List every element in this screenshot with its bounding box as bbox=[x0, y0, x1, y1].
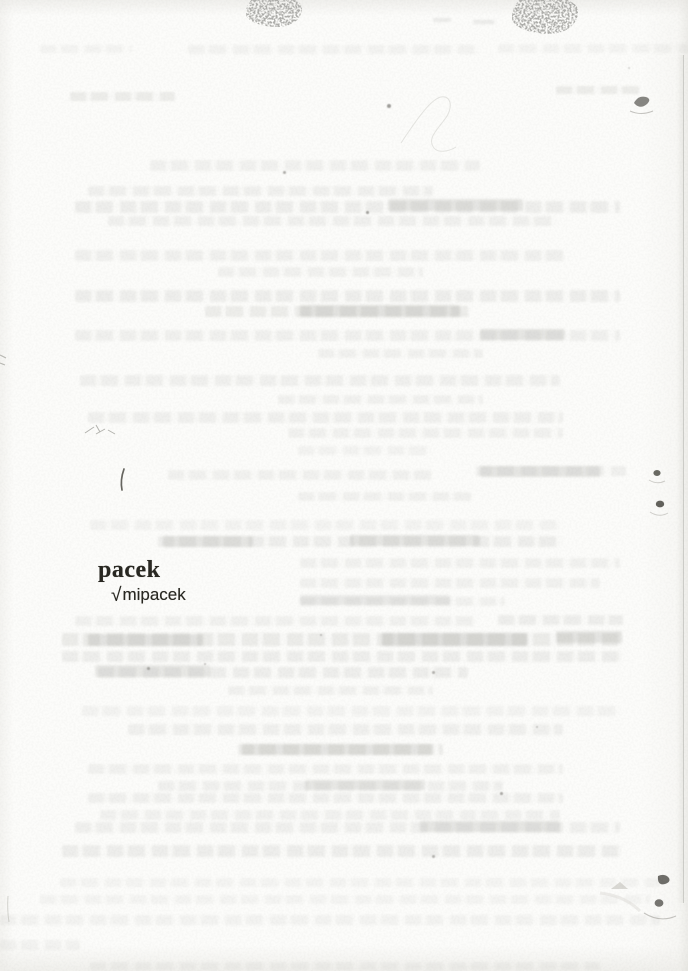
ghost-text-line bbox=[318, 349, 483, 358]
ghost-text-line bbox=[90, 520, 560, 530]
ghost-text-line bbox=[218, 267, 423, 277]
ghost-text-line bbox=[70, 92, 175, 101]
ink-speck bbox=[366, 211, 369, 214]
ghost-text-line bbox=[40, 895, 650, 904]
ghost-text-line bbox=[88, 186, 433, 196]
ghost-text-line bbox=[278, 395, 483, 404]
ghost-text-patch bbox=[163, 536, 253, 547]
ghost-text-line bbox=[0, 940, 80, 950]
ghost-text-patch bbox=[473, 20, 495, 24]
ghost-text-patch bbox=[88, 634, 203, 646]
ghost-text-line bbox=[40, 45, 132, 53]
ghost-text-line bbox=[168, 470, 433, 480]
ghost-text-line bbox=[82, 706, 622, 716]
ink-speck bbox=[387, 104, 391, 108]
ink-speck bbox=[204, 663, 206, 665]
dictionary-entry: pacek √mipacek bbox=[98, 558, 186, 606]
ghost-text-patch bbox=[556, 631, 622, 643]
ghost-text-line bbox=[60, 878, 660, 887]
ghost-text-line bbox=[556, 86, 640, 94]
ghost-text-line bbox=[75, 201, 620, 213]
ghost-text-line bbox=[75, 250, 565, 261]
ghost-text-line bbox=[288, 428, 563, 438]
ghost-text-patch bbox=[300, 305, 460, 317]
ghost-text-patch bbox=[242, 744, 432, 755]
ghost-text-line bbox=[0, 915, 660, 925]
ink-speck bbox=[500, 792, 503, 795]
ghost-text-line bbox=[90, 962, 600, 970]
ghost-text-patch bbox=[300, 595, 450, 605]
ink-speck bbox=[432, 671, 435, 674]
ghost-text-patch bbox=[433, 18, 451, 22]
ghost-text-line bbox=[128, 724, 563, 735]
ink-speck bbox=[147, 667, 150, 670]
scanner-edge-line bbox=[676, 55, 684, 903]
ghost-text-layer bbox=[0, 0, 688, 971]
ghost-text-patch bbox=[95, 665, 210, 677]
ghost-text-patch bbox=[480, 329, 565, 340]
ink-speck bbox=[536, 726, 538, 728]
ghost-text-line bbox=[88, 793, 563, 803]
ghost-text-line bbox=[62, 845, 622, 857]
ghost-text-patch bbox=[420, 821, 560, 832]
ghost-text-patch bbox=[388, 199, 523, 211]
root-symbol: √ bbox=[111, 585, 121, 606]
ghost-text-line bbox=[88, 412, 563, 423]
ghost-text-line bbox=[75, 616, 475, 626]
ghost-text-line bbox=[62, 651, 622, 662]
ghost-text-line bbox=[498, 44, 688, 53]
ink-speck bbox=[283, 171, 286, 174]
ink-speck bbox=[628, 67, 630, 69]
ghost-text-line bbox=[298, 492, 473, 501]
ghost-text-patch bbox=[382, 633, 527, 646]
ghost-text-line bbox=[300, 558, 620, 568]
ghost-text-line bbox=[228, 686, 433, 695]
ghost-text-patch bbox=[305, 780, 425, 790]
ink-speck bbox=[432, 855, 435, 858]
ghost-text-line bbox=[498, 615, 623, 625]
ghost-text-line bbox=[75, 290, 620, 302]
ghost-text-line bbox=[88, 764, 563, 774]
headword: pacek bbox=[98, 558, 186, 583]
ghost-text-patch bbox=[480, 466, 600, 477]
ink-speck bbox=[320, 634, 322, 636]
ghost-text-line bbox=[150, 160, 480, 171]
ghost-text-line bbox=[80, 375, 560, 386]
scanned-page: pacek √mipacek bbox=[0, 0, 688, 971]
ghost-text-line bbox=[298, 446, 433, 455]
ghost-text-patch bbox=[350, 535, 480, 546]
ghost-text-line bbox=[100, 810, 560, 820]
derived-form-line: √mipacek bbox=[111, 585, 186, 606]
derived-form: mipacek bbox=[122, 585, 185, 604]
ghost-text-line bbox=[188, 45, 478, 54]
ghost-text-line bbox=[108, 216, 558, 226]
ghost-text-line bbox=[300, 578, 600, 588]
